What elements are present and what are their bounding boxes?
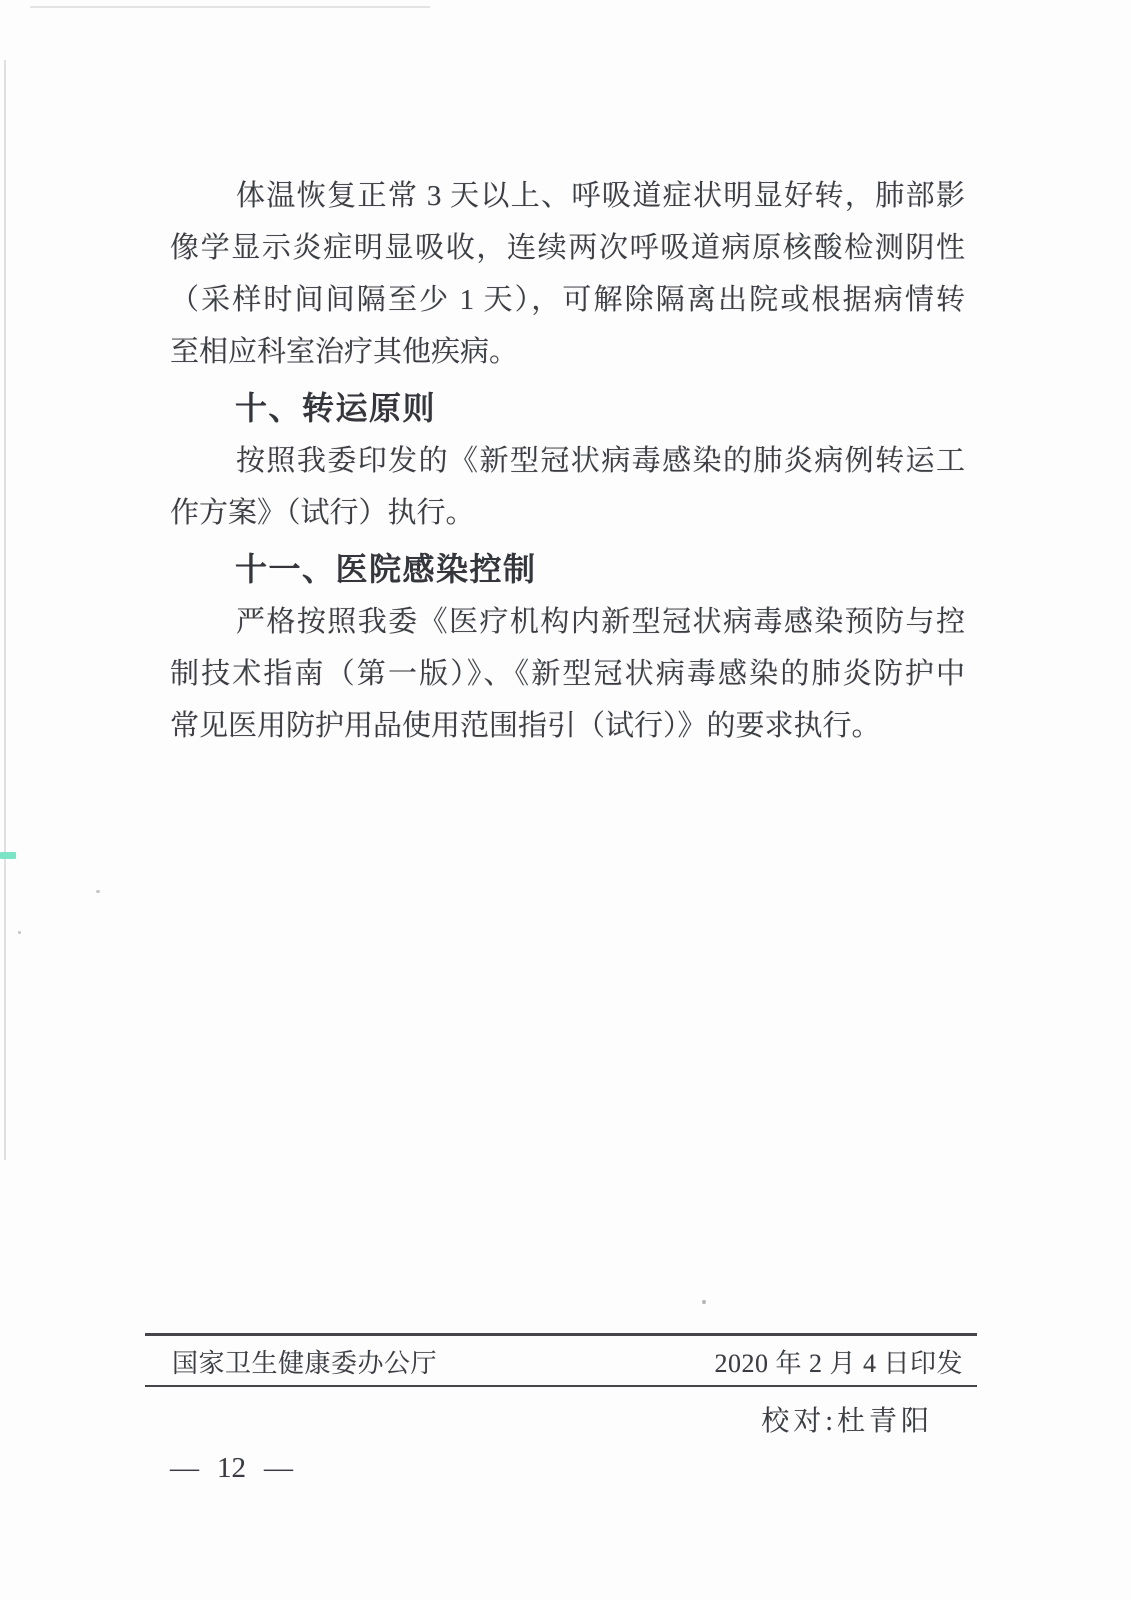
footer-proofreader: 校对:杜青阳 xyxy=(761,1399,933,1439)
section-10-heading: 十、转运原则 xyxy=(235,383,965,435)
footer-rule-top xyxy=(145,1333,977,1336)
scan-edge-line xyxy=(4,60,6,1160)
page-number-right-dash: — xyxy=(264,1452,293,1485)
section-10-line-2: 作方案》（试行）执行。 xyxy=(170,487,965,539)
section-11-line-2: 制技术指南（第一版）》、《新型冠状病毒感染的肺炎防护中 xyxy=(170,648,965,700)
scan-color-mark xyxy=(0,852,16,859)
footer-issuer: 国家卫生健康委办公厅 xyxy=(172,1343,437,1380)
scanned-document-page: 体温恢复正常 3 天以上、呼吸道症状明显好转，肺部影 像学显示炎症明显吸收，连续… xyxy=(0,0,1131,1600)
paragraph-1-line-1: 体温恢复正常 3 天以上、呼吸道症状明显好转，肺部影 xyxy=(170,170,965,222)
section-11-line-3: 常见医用防护用品使用范围指引（试行）》的要求执行。 xyxy=(170,700,965,752)
footer-rule-bottom xyxy=(145,1385,977,1387)
section-11-line-1: 严格按照我委《医疗机构内新型冠状病毒感染预防与控 xyxy=(170,596,965,648)
page-number: — 12 — xyxy=(170,1452,293,1485)
page-number-value: 12 xyxy=(217,1452,246,1485)
paragraph-1-line-3: （采样时间间隔至少 1 天），可解除隔离出院或根据病情转 xyxy=(170,274,965,326)
section-10-line-1: 按照我委印发的《新型冠状病毒感染的肺炎病例转运工 xyxy=(170,435,965,487)
paragraph-1-line-4: 至相应科室治疗其他疾病。 xyxy=(170,326,965,378)
scan-speck xyxy=(18,931,21,934)
document-body: 体温恢复正常 3 天以上、呼吸道症状明显好转，肺部影 像学显示炎症明显吸收，连续… xyxy=(170,170,965,752)
footer-issuer-row: 国家卫生健康委办公厅 2020 年 2 月 4 日印发 xyxy=(172,1341,963,1381)
scan-speck xyxy=(96,890,100,893)
footer-issue-date: 2020 年 2 月 4 日印发 xyxy=(714,1343,963,1380)
section-11-heading: 十一、医院感染控制 xyxy=(235,544,965,596)
paragraph-1-line-2: 像学显示炎症明显吸收，连续两次呼吸道病原核酸检测阴性 xyxy=(170,222,965,274)
scan-speck xyxy=(702,1300,706,1304)
scan-top-streak xyxy=(30,6,430,8)
page-number-left-dash: — xyxy=(170,1452,199,1485)
